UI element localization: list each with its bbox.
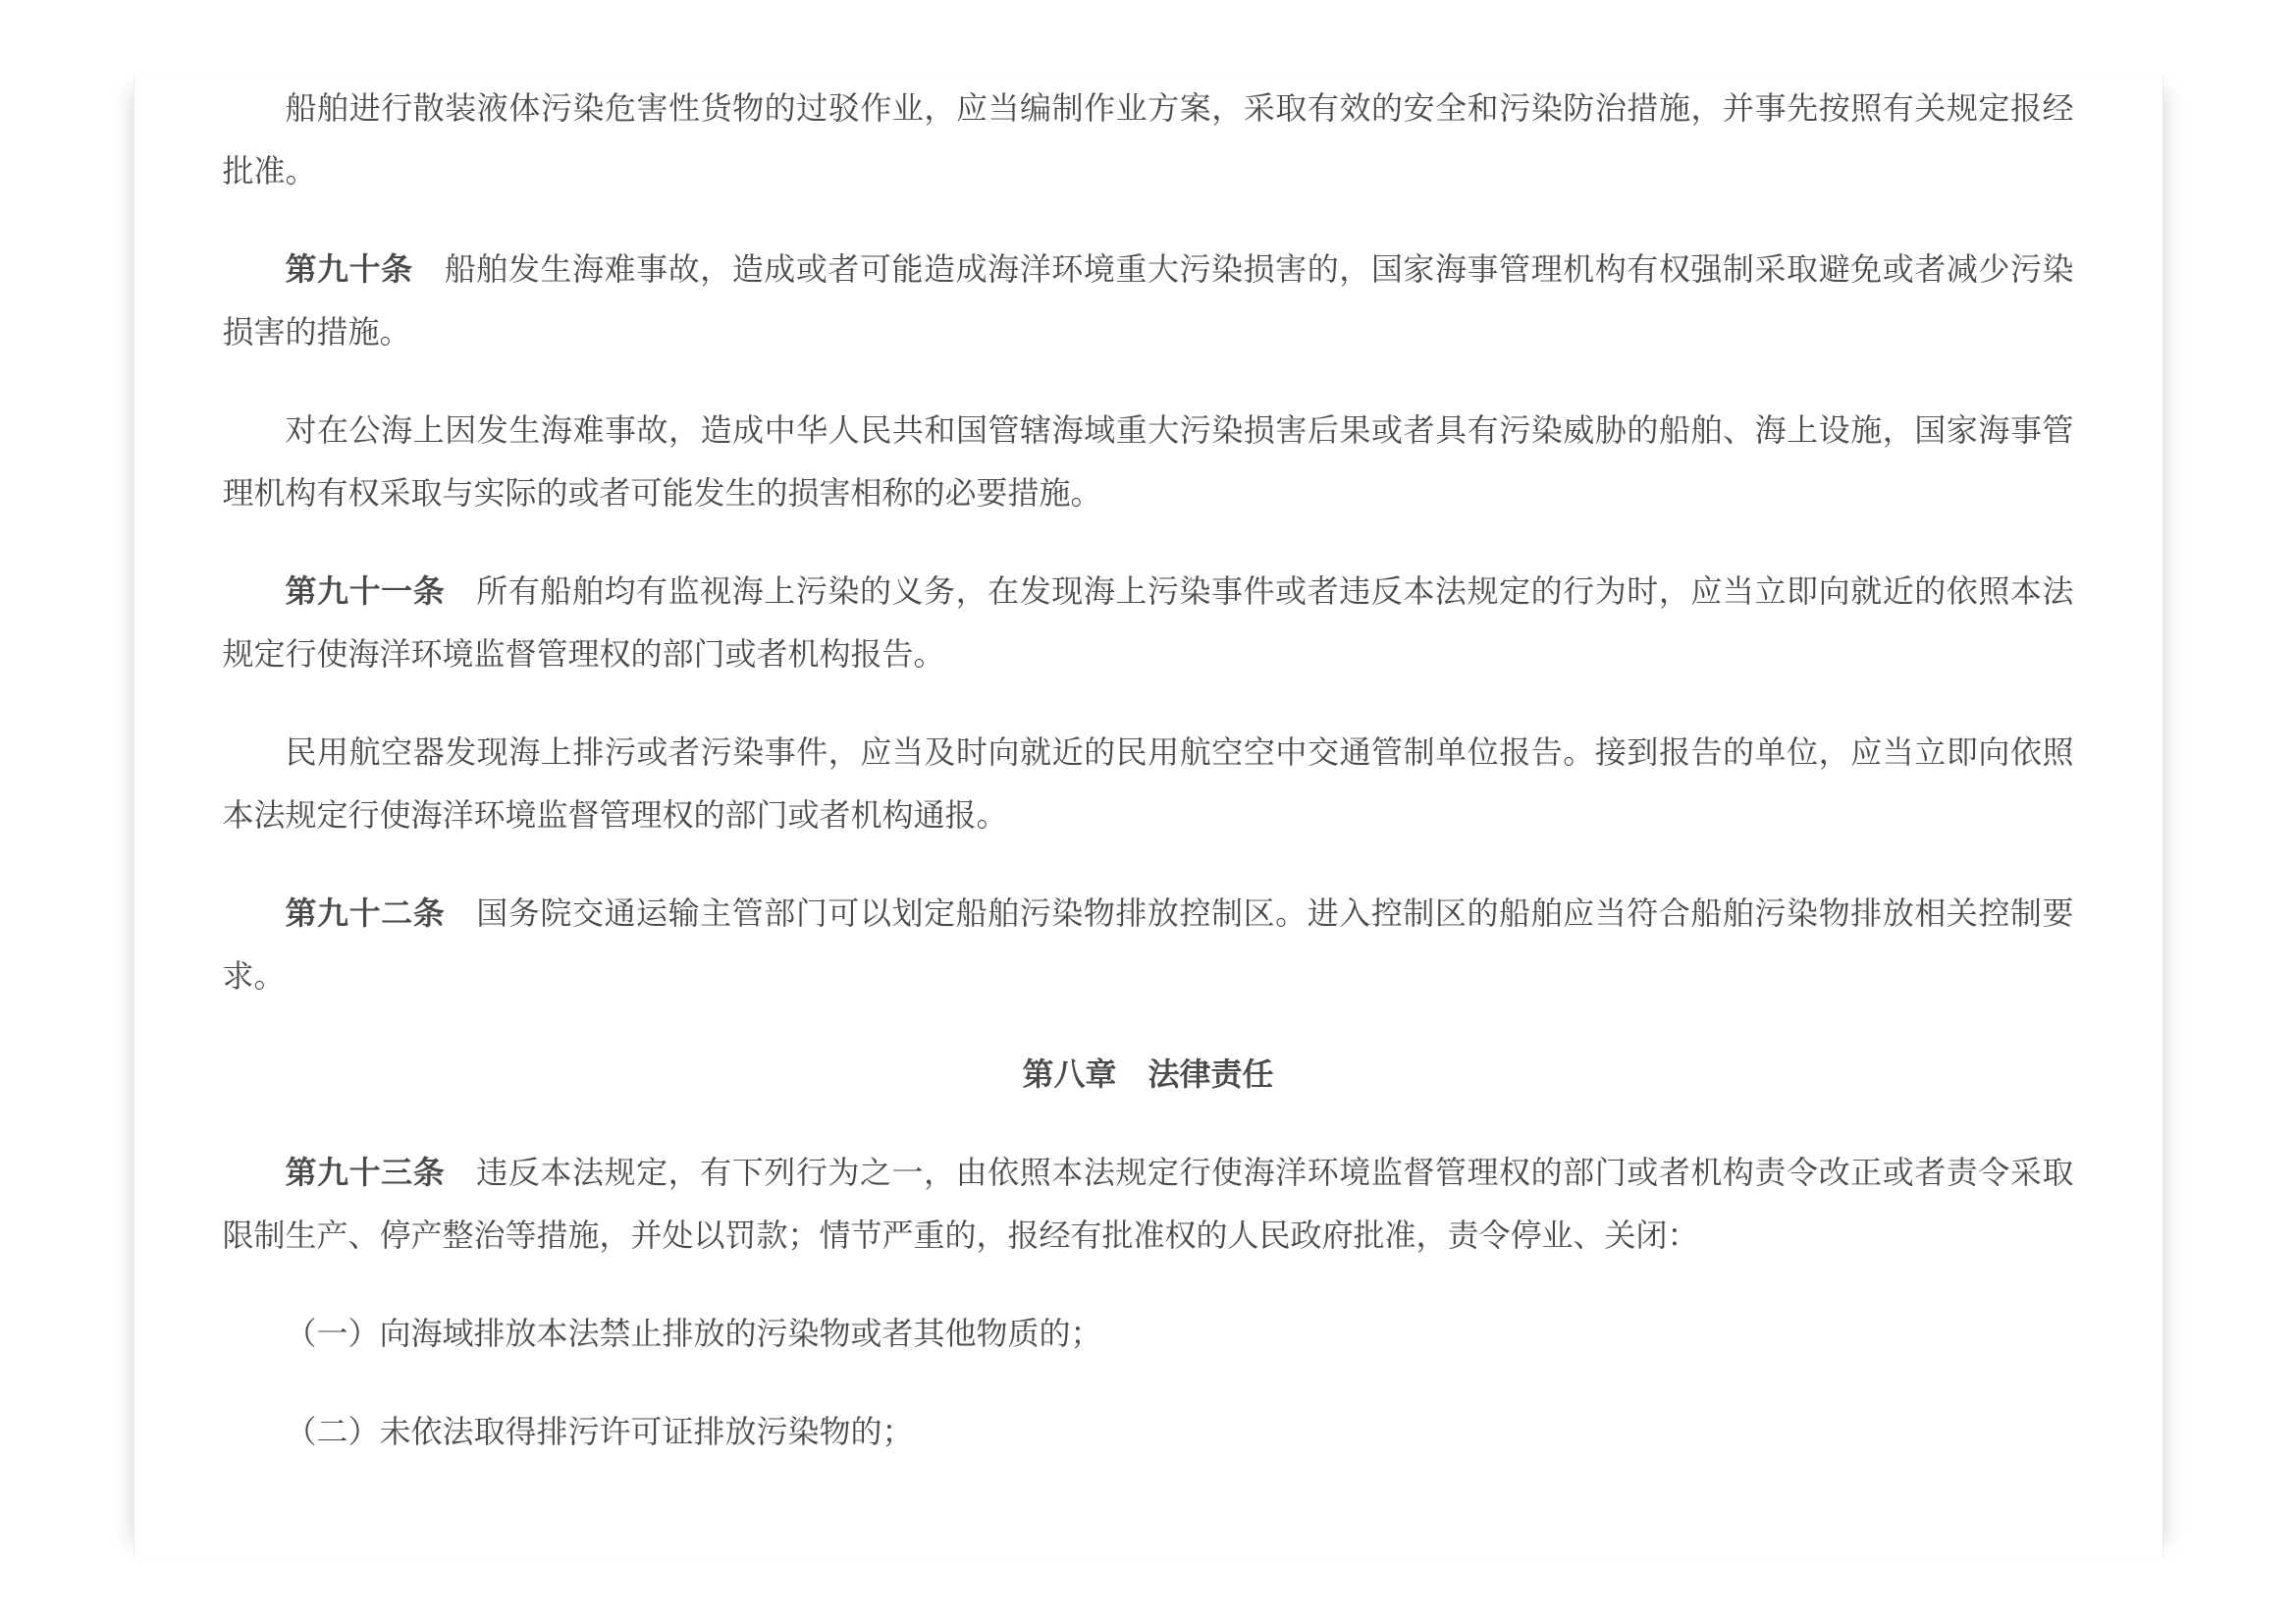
article-number: 第九十一条: [286, 573, 446, 609]
article-number: 第九十条: [286, 251, 413, 287]
paragraph-text: 所有船舶均有监视海上污染的义务，在发现海上污染事件或者违反本法规定的行为时，应当…: [223, 573, 2074, 672]
article-number: 第九十二条: [286, 895, 446, 931]
paragraph-text: （二）未依法取得排污许可证排放污染物的；: [286, 1414, 914, 1449]
paragraph: 第九十二条国务院交通运输主管部门可以划定船舶污染物排放控制区。进入控制区的船舶应…: [223, 882, 2074, 1007]
paragraph-text: 民用航空器发现海上排污或者污染事件，应当及时向就近的民用航空空中交通管制单位报告…: [223, 734, 2074, 833]
paragraph-text: （一）向海域排放本法禁止排放的污染物或者其他物质的；: [286, 1316, 1102, 1351]
paragraph-text: 对在公海上因发生海难事故，造成中华人民共和国管辖海域重大污染损害后果或者具有污染…: [223, 412, 2074, 511]
document-content: 船舶进行散装液体污染危害性货物的过驳作业，应当编制作业方案，采取有效的安全和污染…: [223, 77, 2074, 1463]
paragraph: 民用航空器发现海上排污或者污染事件，应当及时向就近的民用航空空中交通管制单位报告…: [223, 721, 2074, 846]
paragraph: （一）向海域排放本法禁止排放的污染物或者其他物质的；: [223, 1302, 2074, 1365]
chapter-heading-text: 第八章 法律责任: [1022, 1056, 1273, 1092]
paragraph: 第九十一条所有船舶均有监视海上污染的义务，在发现海上污染事件或者违反本法规定的行…: [223, 560, 2074, 685]
paragraph: 船舶进行散装液体污染危害性货物的过驳作业，应当编制作业方案，采取有效的安全和污染…: [223, 77, 2074, 202]
paragraph: 第九十条船舶发生海难事故，造成或者可能造成海洋环境重大污染损害的，国家海事管理机…: [223, 238, 2074, 363]
chapter-heading: 第八章 法律责任: [223, 1043, 2074, 1106]
paragraph-text: 违反本法规定，有下列行为之一，由依照本法规定行使海洋环境监督管理权的部门或者机构…: [223, 1155, 2074, 1253]
paragraph: （二）未依法取得排污许可证排放污染物的；: [223, 1400, 2074, 1463]
paragraph-text: 国务院交通运输主管部门可以划定船舶污染物排放控制区。进入控制区的船舶应当符合船舶…: [223, 895, 2074, 994]
paragraph-text: 船舶发生海难事故，造成或者可能造成海洋环境重大污染损害的，国家海事管理机构有权强…: [223, 251, 2074, 350]
paragraph: 对在公海上因发生海难事故，造成中华人民共和国管辖海域重大污染损害后果或者具有污染…: [223, 399, 2074, 524]
paragraph: 第九十三条违反本法规定，有下列行为之一，由依照本法规定行使海洋环境监督管理权的部…: [223, 1141, 2074, 1267]
paragraph-text: 船舶进行散装液体污染危害性货物的过驳作业，应当编制作业方案，采取有效的安全和污染…: [223, 90, 2074, 189]
document-page: 船舶进行散装液体污染危害性货物的过驳作业，应当编制作业方案，采取有效的安全和污染…: [133, 77, 2163, 1557]
article-number: 第九十三条: [286, 1155, 446, 1190]
